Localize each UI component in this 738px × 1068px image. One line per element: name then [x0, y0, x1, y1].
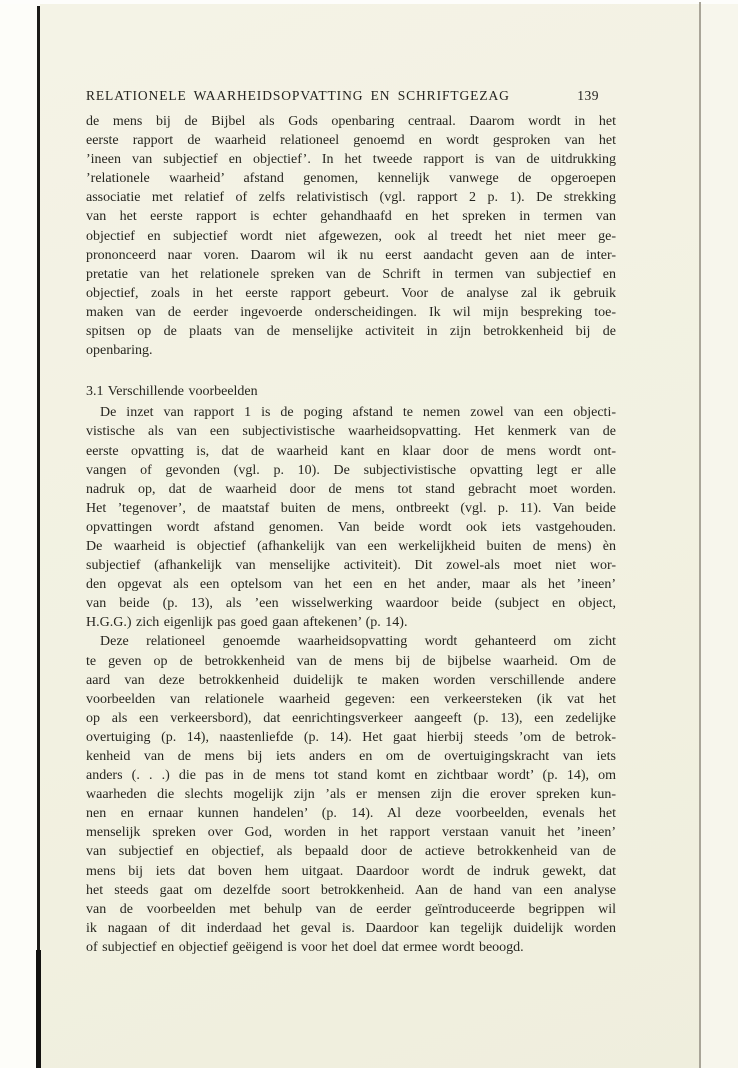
- page-spine-line: [37, 6, 40, 1068]
- text-line: eerste rapport de waarheid relationeel g…: [86, 131, 616, 150]
- text-line: spitsen op de plaats van de menselijke a…: [86, 322, 616, 341]
- text-line: ’relationele waarheid’ afstand genomen, …: [86, 169, 616, 188]
- text-line: pretatie van het relationele spreken van…: [86, 265, 616, 284]
- text-line: van beide (p. 13), als ’een wisselwerkin…: [86, 594, 616, 613]
- text-line: objectief, zoals in het eerste rapport g…: [86, 284, 616, 303]
- paragraph: Deze relationeel genoemde waarheidsopvat…: [86, 632, 616, 957]
- text-line: H.G.G.) zich eigenlijk pas goed gaan aft…: [86, 613, 616, 632]
- text-line: nadruk op, dat de waarheid door de mens …: [86, 480, 616, 499]
- text-line: vistische als van een subjectivistische …: [86, 422, 616, 441]
- text-line: van de voorbeelden met behulp van de eer…: [86, 900, 616, 919]
- text-line: waarheden die slechts mogelijk zijn ’als…: [86, 785, 616, 804]
- text-line: opvattingen wordt afstand genomen. Van b…: [86, 518, 616, 537]
- body-text: de mens bij de Bijbel als Gods openbarin…: [86, 112, 616, 957]
- text-line: subjectief (afhankelijk van menselijke a…: [86, 556, 616, 575]
- text-line: voorbeelden van relationele waarheid geg…: [86, 690, 616, 709]
- paper-outer-edge: [701, 4, 738, 1068]
- text-line: van subjectief en objectief, als bepaald…: [86, 842, 616, 861]
- paragraph: De inzet van rapport 1 is de poging afst…: [86, 403, 616, 632]
- text-line: maken van de eerder ingevoerde ondersche…: [86, 303, 616, 322]
- text-line: nen en ernaar kunnen handelen’ (p. 14). …: [86, 804, 616, 823]
- text-line: den opgevat als een optelsom van het een…: [86, 575, 616, 594]
- book-page-scan: RELATIONELE WAARHEIDSOPVATTING EN SCHRIF…: [0, 0, 738, 1068]
- page-right-edge-line: [699, 2, 701, 1068]
- text-line: eerste opvatting is, dat de waarheid kan…: [86, 442, 616, 461]
- text-line: prononceerd naar voren. Daarom wil ik nu…: [86, 246, 616, 265]
- scan-left-margin: [0, 0, 37, 1068]
- running-header: RELATIONELE WAARHEIDSOPVATTING EN SCHRIF…: [86, 88, 616, 104]
- text-line: mens bij iets dat boven hem uitgaat. Daa…: [86, 862, 616, 881]
- text-line: van het eerste rapport is echter gehandh…: [86, 207, 616, 226]
- text-line: objectief en subjectief wordt niet afgew…: [86, 227, 616, 246]
- text-line: ik nagaan of dit inderdaad het geval is.…: [86, 919, 616, 938]
- page-spine-line-bottom: [36, 950, 41, 1068]
- text-line: of subjectief en objectief geëigend is v…: [86, 938, 616, 957]
- text-line: vangen of gevonden (vgl. p. 10). De subj…: [86, 461, 616, 480]
- section-heading: 3.1 Verschillende voorbeelden: [86, 382, 616, 401]
- text-line: Deze relationeel genoemde waarheidsopvat…: [86, 632, 616, 651]
- text-line: anders (. . .) die pas in de mens tot st…: [86, 766, 616, 785]
- text-line: menselijk spreken over God, worden in he…: [86, 823, 616, 842]
- text-line: Het ’tegenover’, de maatstaf buiten de m…: [86, 499, 616, 518]
- running-header-title: RELATIONELE WAARHEIDSOPVATTING EN SCHRIF…: [86, 88, 510, 104]
- text-line: De inzet van rapport 1 is de poging afst…: [86, 403, 616, 422]
- text-line: ’ineen van subjectief en objectief’. In …: [86, 150, 616, 169]
- text-line: overtuiging (p. 14), naastenliefde (p. 1…: [86, 728, 616, 747]
- paragraph: de mens bij de Bijbel als Gods openbarin…: [86, 112, 616, 360]
- text-line: openbaring.: [86, 341, 616, 360]
- text-line: de mens bij de Bijbel als Gods openbarin…: [86, 112, 616, 131]
- text-line: associatie met relatief of zelfs relativ…: [86, 188, 616, 207]
- text-line: op als een verkeersbord), dat eenrichtin…: [86, 709, 616, 728]
- scan-top-margin: [0, 0, 738, 4]
- text-line: aard van deze betrokkenheid duidelijk te…: [86, 671, 616, 690]
- page-number: 139: [577, 88, 599, 104]
- text-line: De waarheid is objectief (afhankelijk va…: [86, 537, 616, 556]
- text-line: te geven op de betrokkenheid van de mens…: [86, 652, 616, 671]
- text-line: het steeds gaat om dezelfde soort betrok…: [86, 881, 616, 900]
- text-line: kenheid van de mens bij iets anders en o…: [86, 747, 616, 766]
